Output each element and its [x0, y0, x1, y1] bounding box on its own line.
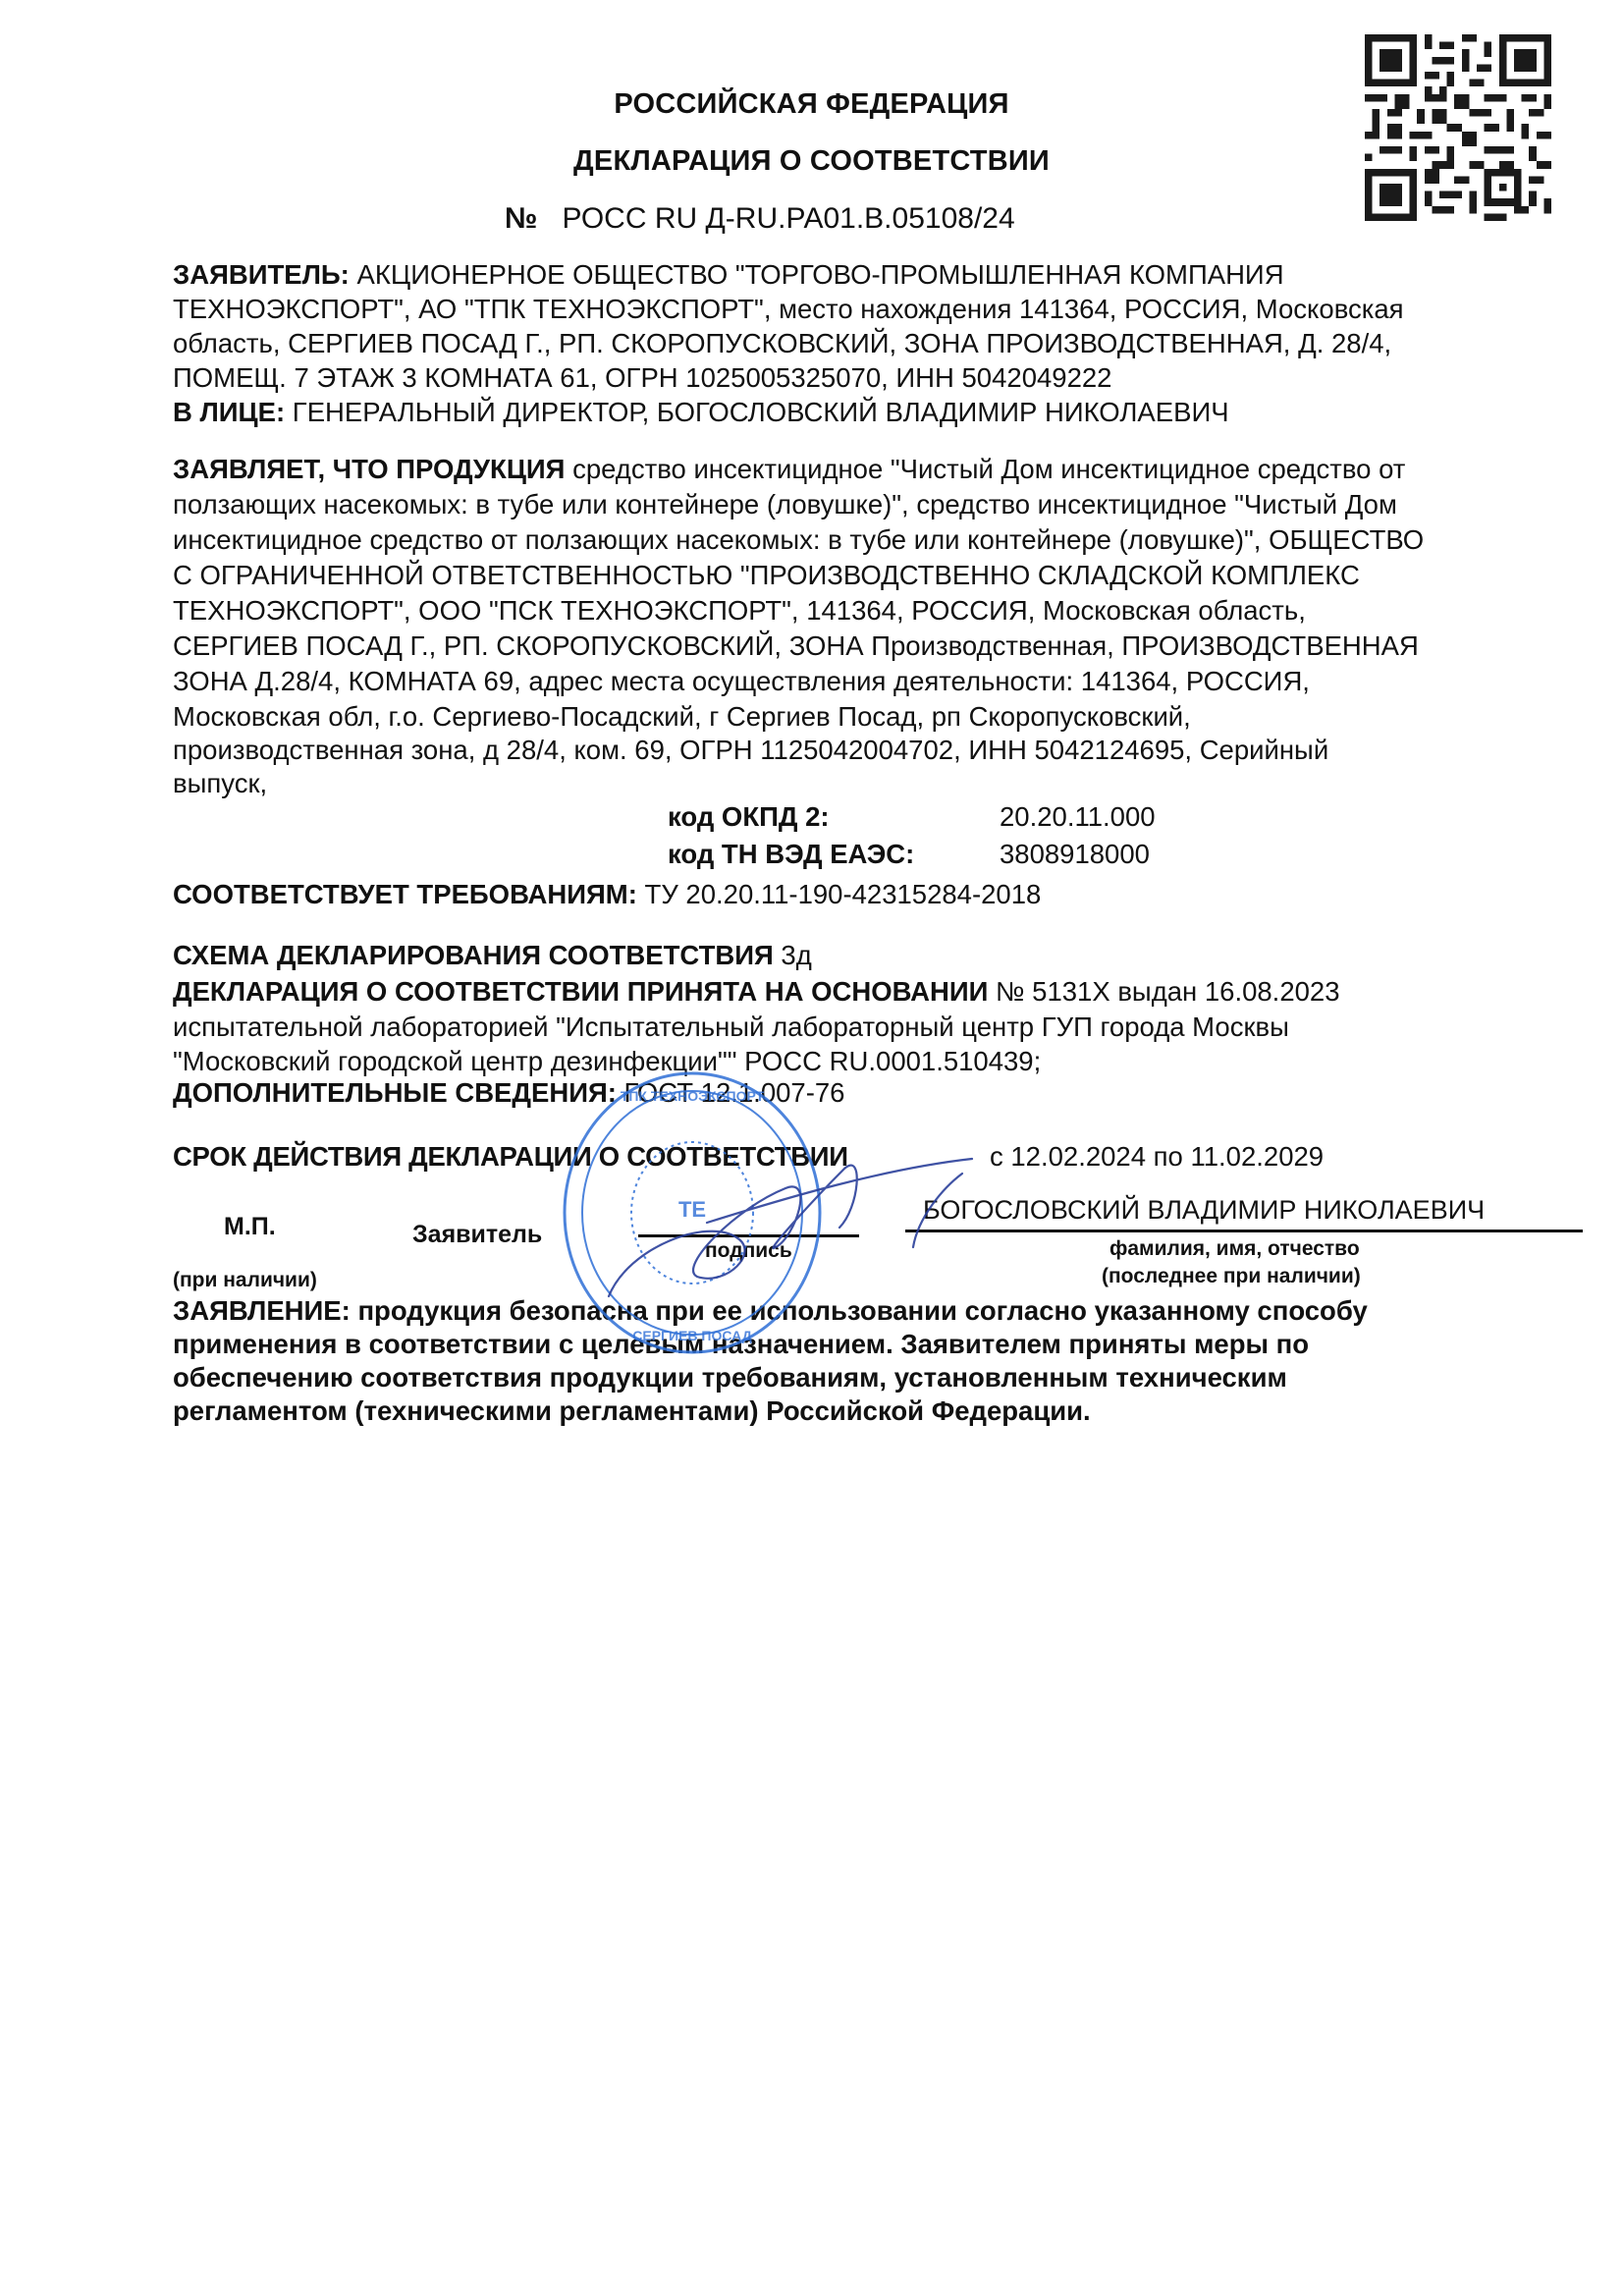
tnved-label: код ТН ВЭД ЕАЭС:: [668, 837, 914, 871]
validity-value: с 12.02.2024 по 11.02.2029: [990, 1139, 1324, 1174]
name-underline: [905, 1230, 1583, 1232]
name-caption-2: (последнее при наличии): [1102, 1265, 1361, 1288]
country-title: РОССИЙСКАЯ ФЕДЕРАЦИЯ: [0, 88, 1623, 121]
product-line-7: ЗОНА Д.28/4, КОМНАТА 69, адрес места осу…: [173, 664, 1310, 698]
basis-label: ДЕКЛАРАЦИЯ О СООТВЕТСТВИИ ПРИНЯТА НА ОСН…: [173, 976, 988, 1007]
okpd-label: код ОКПД 2:: [668, 799, 830, 834]
applicant-label: ЗАЯВИТЕЛЬ:: [173, 259, 350, 290]
basis-value: № 5131Х выдан 16.08.2023: [996, 976, 1339, 1007]
statement-label: ЗАЯВЛЕНИЕ:: [173, 1295, 351, 1326]
product-line-9: производственная зона, д 28/4, ком. 69, …: [173, 733, 1328, 767]
signatory-full-name: БОГОСЛОВСКИЙ ВЛАДИМИР НИКОЛАЕВИЧ: [923, 1193, 1485, 1228]
declaration-number-row: № РОСС RU Д-RU.РА01.В.05108/24: [505, 202, 1015, 236]
scheme-line: СХЕМА ДЕКЛАРИРОВАНИЯ СООТВЕТСТВИЯ 3д: [173, 938, 812, 972]
product-line-5: ТЕХНОЭКСПОРТ", ООО "ПСК ТЕХНОЭКСПОРТ", 1…: [173, 593, 1306, 628]
seal-place-note: (при наличии): [173, 1269, 317, 1292]
product-line-2: ползающих насекомых: в тубе или контейне…: [173, 487, 1397, 521]
applicant-line-4: ПОМЕЩ. 7 ЭТАЖ 3 КОМНАТА 61, ОГРН 1025005…: [173, 360, 1111, 395]
applicant-line-3: область, СЕРГИЕВ ПОСАД Г., РП. СКОРОПУСК…: [173, 326, 1391, 360]
represented-by-line: В ЛИЦЕ: ГЕНЕРАЛЬНЫЙ ДИРЕКТОР, БОГОСЛОВСК…: [173, 395, 1229, 429]
basis-line-2: испытательной лабораторией "Испытательны…: [173, 1010, 1289, 1044]
qr-code-icon: [1365, 34, 1551, 221]
product-line-3: инсектицидное средство от ползающих насе…: [173, 522, 1424, 557]
product-line-8: Московская обл, г.о. Сергиево-Посадский,…: [173, 699, 1191, 734]
basis-line-1: ДЕКЛАРАЦИЯ О СООТВЕТСТВИИ ПРИНЯТА НА ОСН…: [173, 974, 1340, 1009]
applicant-line-2: ТЕХНОЭКСПОРТ", АО "ТПК ТЕХНОЭКСПОРТ", ме…: [173, 292, 1404, 326]
applicant-text: АКЦИОНЕРНОЕ ОБЩЕСТВО "ТОРГОВО-ПРОМЫШЛЕНН…: [356, 259, 1283, 290]
applicant-signature-label: Заявитель: [412, 1218, 542, 1252]
number-sign: №: [505, 202, 537, 235]
requirements-label: СООТВЕТСТВУЕТ ТРЕБОВАНИЯМ:: [173, 879, 637, 909]
scheme-label: СХЕМА ДЕКЛАРИРОВАНИЯ СООТВЕТСТВИЯ: [173, 940, 774, 970]
represented-label: В ЛИЦЕ:: [173, 397, 285, 427]
seal-place-label: М.П.: [224, 1210, 276, 1244]
product-line-6: СЕРГИЕВ ПОСАД Г., РП. СКОРОПУСКОВСКИЙ, З…: [173, 629, 1419, 663]
svg-text:ТПК ТЕХНОЭКСПОРТ: ТПК ТЕХНОЭКСПОРТ: [621, 1088, 765, 1104]
statement-line-4: регламентом (техническими регламентами) …: [173, 1394, 1091, 1428]
product-line-10: выпуск,: [173, 766, 267, 800]
declaration-number: РОСС RU Д-RU.РА01.В.05108/24: [562, 202, 1014, 235]
applicant-line-1: ЗАЯВИТЕЛЬ: АКЦИОНЕРНОЕ ОБЩЕСТВО "ТОРГОВО…: [173, 257, 1284, 292]
document-title: ДЕКЛАРАЦИЯ О СООТВЕТСТВИИ: [0, 145, 1623, 178]
product-line-4: С ОГРАНИЧЕННОЙ ОТВЕТСТВЕННОСТЬЮ "ПРОИЗВО…: [173, 558, 1360, 592]
requirements-value: ТУ 20.20.11-190-42315284-2018: [645, 879, 1042, 909]
statement-line-3: обеспечению соответствия продукции требо…: [173, 1361, 1287, 1394]
handwritten-signature-icon: [589, 1129, 982, 1326]
svg-text:СЕРГИЕВ ПОСАД: СЕРГИЕВ ПОСАД: [632, 1328, 751, 1343]
represented-value: ГЕНЕРАЛЬНЫЙ ДИРЕКТОР, БОГОСЛОВСКИЙ ВЛАДИ…: [293, 397, 1229, 427]
product-label: ЗАЯВЛЯЕТ, ЧТО ПРОДУКЦИЯ: [173, 454, 565, 484]
product-line-1: ЗАЯВЛЯЕТ, ЧТО ПРОДУКЦИЯ средство инсекти…: [173, 452, 1405, 486]
tnved-value: 3808918000: [1000, 837, 1150, 871]
okpd-value: 20.20.11.000: [1000, 799, 1156, 834]
scheme-value: 3д: [781, 940, 811, 970]
name-caption-1: фамилия, имя, отчество: [1109, 1237, 1360, 1261]
product-text: средство инсектицидное "Чистый Дом инсек…: [572, 454, 1405, 484]
requirements-line: СООТВЕТСТВУЕТ ТРЕБОВАНИЯМ: ТУ 20.20.11-1…: [173, 877, 1041, 911]
